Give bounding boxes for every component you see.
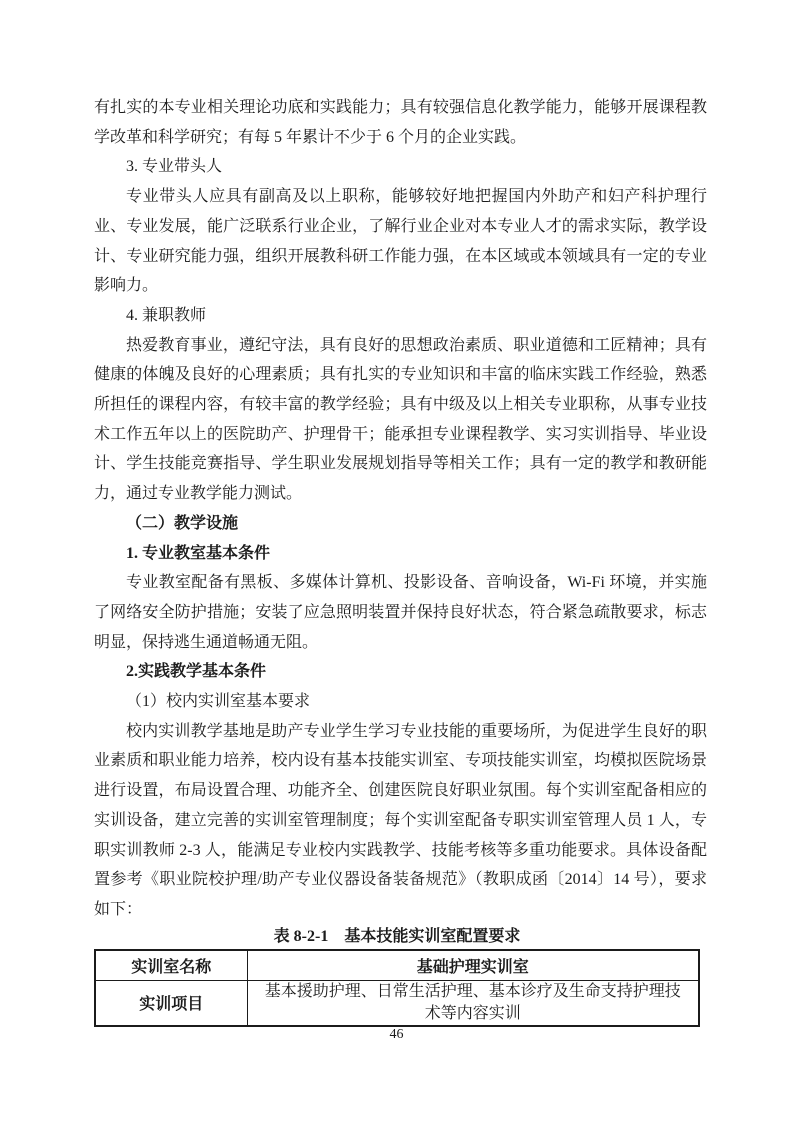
body-paragraph: 校内实训教学基地是助产专业学生学习专业技能的重要场所，为促进学生良好的职业素质和… <box>94 717 707 925</box>
table-cell-room-name-label: 实训室名称 <box>95 950 247 981</box>
table-cell-training-items-value: 基本援助护理、日常生活护理、基本诊疗及生命支持护理技术等内容实训 <box>247 980 699 1026</box>
document-page: 有扎实的本专业相关理论功底和实践能力；具有较强信息化教学能力，能够开展课程教学改… <box>0 0 793 1122</box>
subheading-4-parttime-teacher: 4. 兼职教师 <box>94 301 707 331</box>
subheading-1-classroom-conditions: 1. 专业教室基本条件 <box>94 539 707 569</box>
table-cell-training-items-label: 实训项目 <box>95 980 247 1026</box>
page-number: 46 <box>0 1027 793 1043</box>
table-cell-room-name-value: 基础护理实训室 <box>247 950 699 981</box>
body-paragraph-continuation: 有扎实的本专业相关理论功底和实践能力；具有较强信息化教学能力，能够开展课程教学改… <box>94 93 707 152</box>
subheading-3-specialty-leader: 3. 专业带头人 <box>94 152 707 182</box>
section-heading-teaching-facilities: （二）教学设施 <box>94 509 707 539</box>
subheading-2-practice-teaching-conditions: 2.实践教学基本条件 <box>94 657 707 687</box>
body-paragraph: 热爱教育事业，遵纪守法，具有良好的思想政治素质、职业道德和工匠精神；具有健康的体… <box>94 331 707 509</box>
table-row: 实训项目 基本援助护理、日常生活护理、基本诊疗及生命支持护理技术等内容实训 <box>95 980 699 1026</box>
body-paragraph: 专业带头人应具有副高及以上职称，能够较好地把握国内外助产和妇产科护理行业、专业发… <box>94 182 707 301</box>
body-paragraph: 专业教室配备有黑板、多媒体计算机、投影设备、音响设备，Wi-Fi 环境，并实施了… <box>94 568 707 657</box>
subheading-campus-training-room-requirements: （1）校内实训室基本要求 <box>94 687 707 717</box>
training-room-spec-table: 实训室名称 基础护理实训室 实训项目 基本援助护理、日常生活护理、基本诊疗及生命… <box>94 949 700 1027</box>
table-row: 实训室名称 基础护理实训室 <box>95 950 699 981</box>
page-content: 有扎实的本专业相关理论功底和实践能力；具有较强信息化教学能力，能够开展课程教学改… <box>94 93 707 1027</box>
table-caption: 表 8-2-1 基本技能实训室配置要求 <box>94 927 700 947</box>
